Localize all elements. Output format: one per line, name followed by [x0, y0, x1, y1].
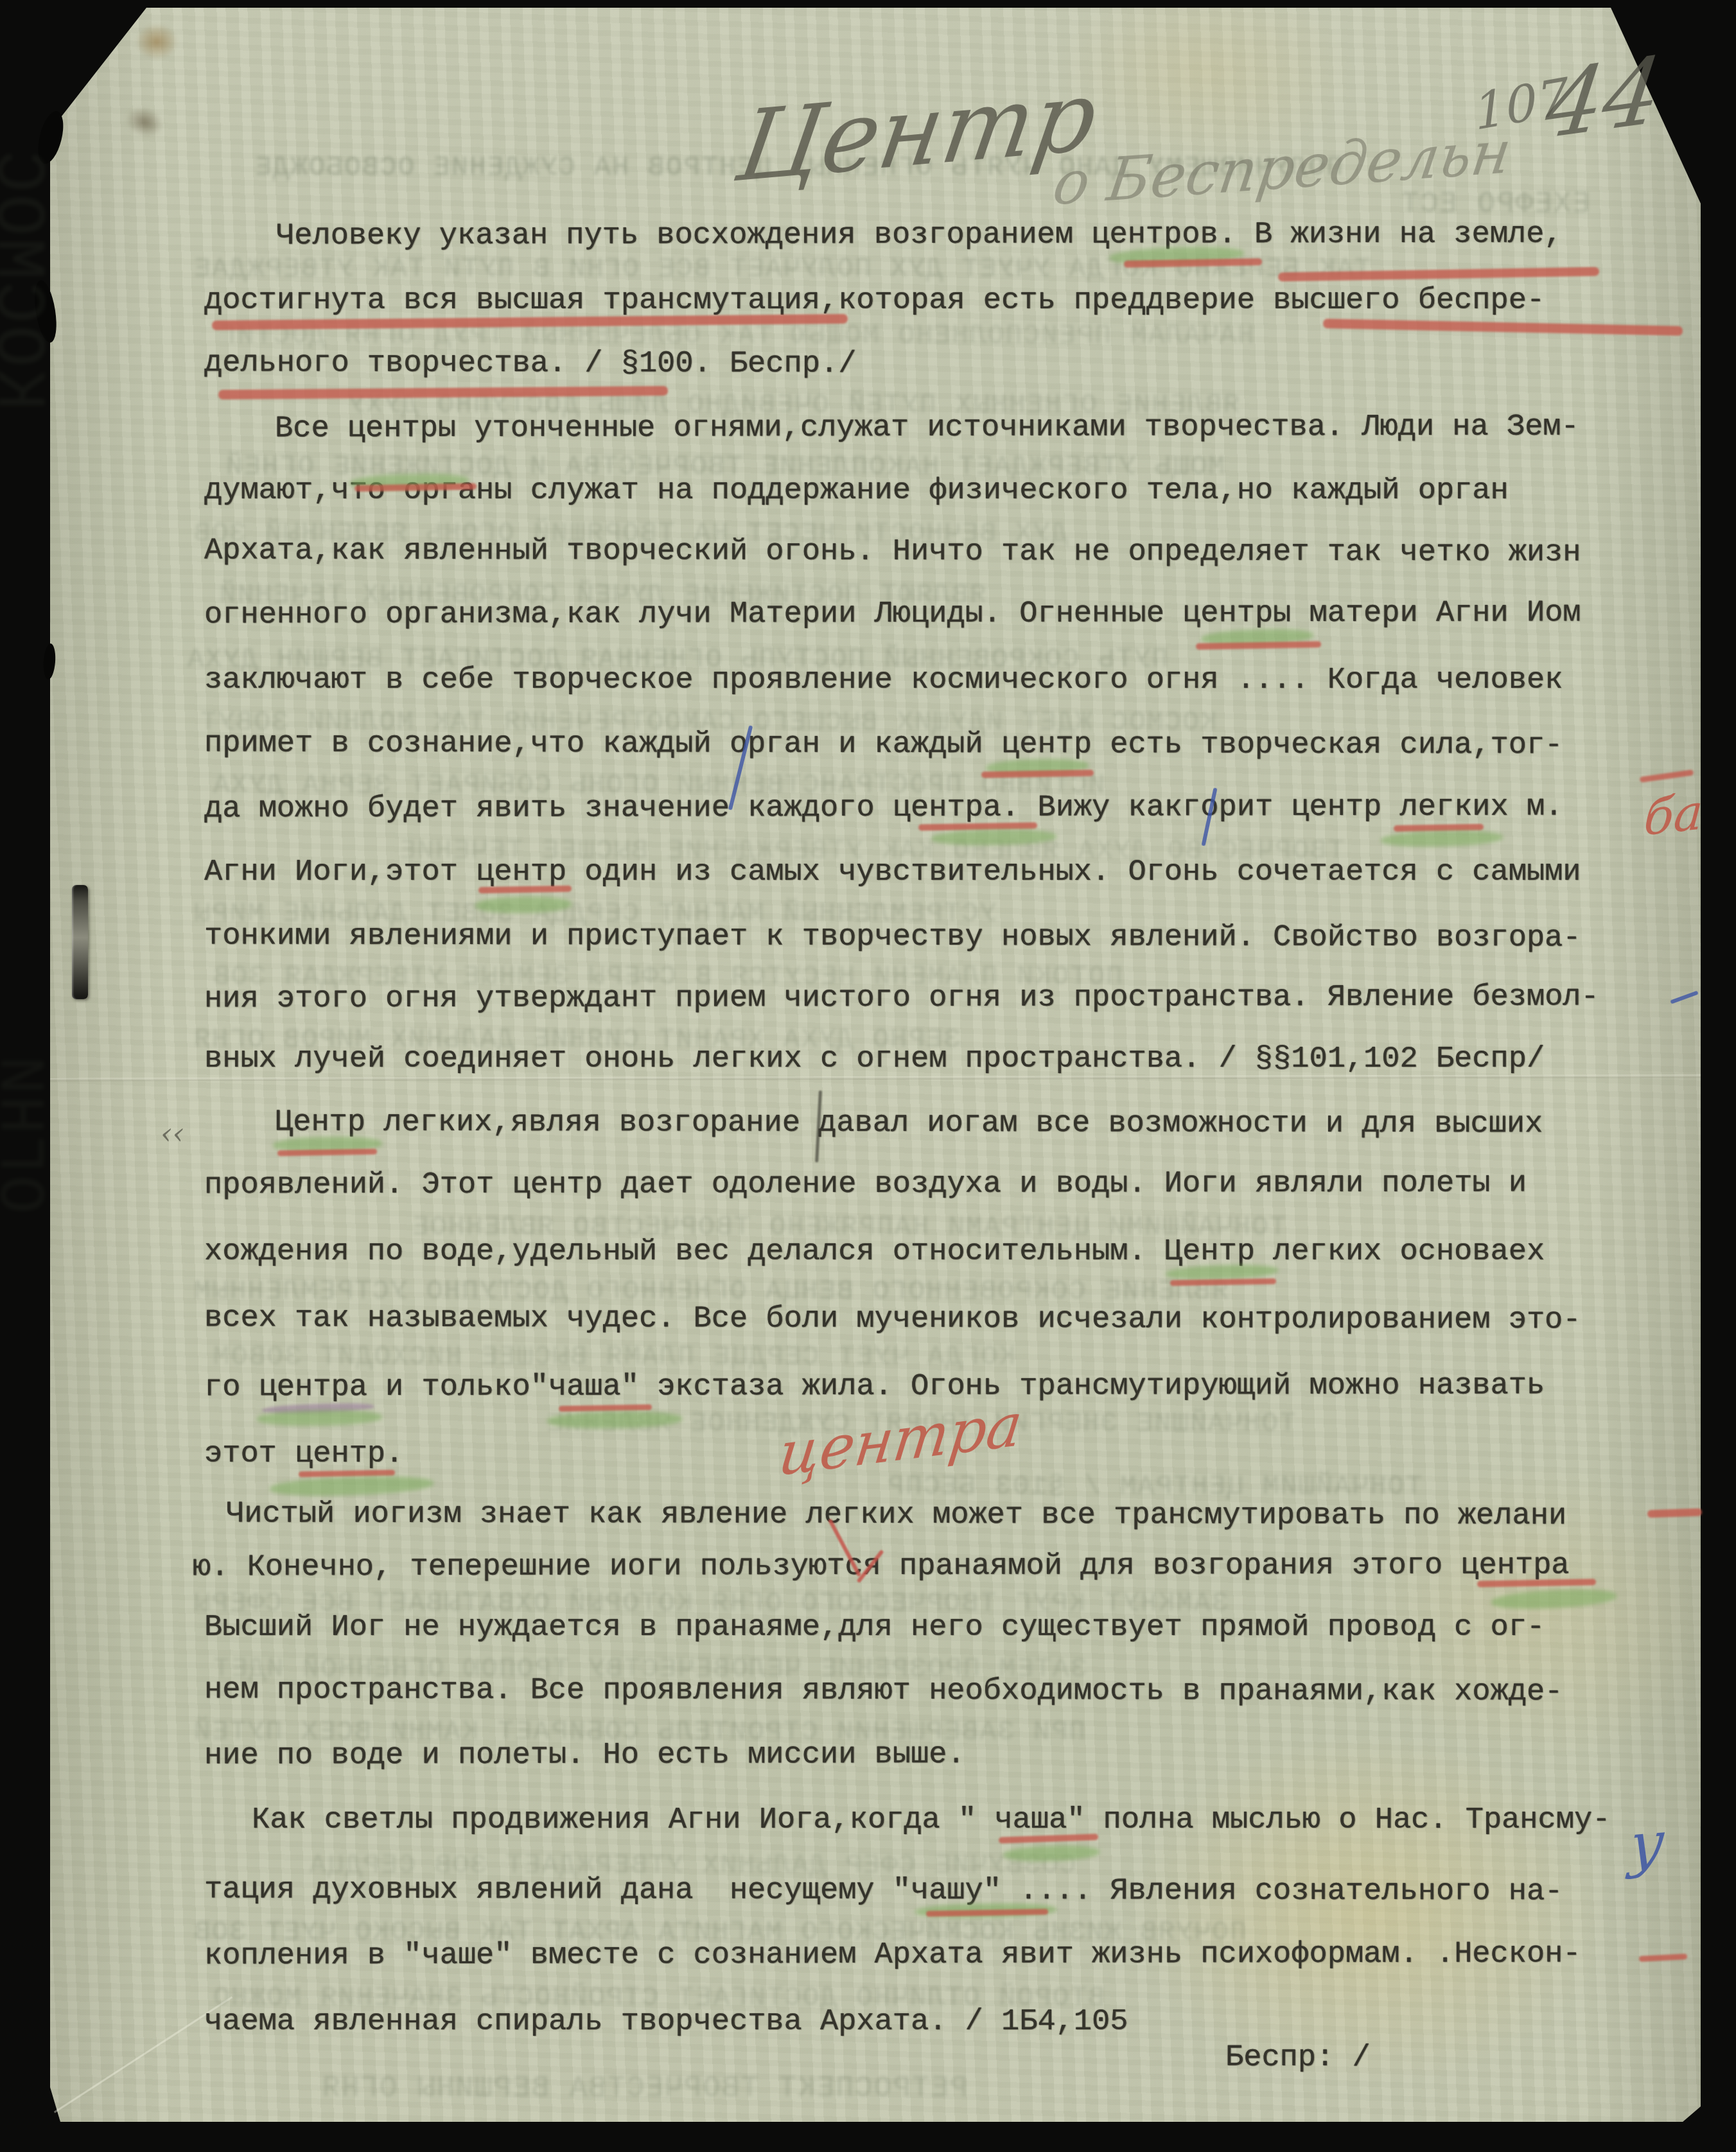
typed-line-29: чаема явленная спираль творчества Архата…: [204, 2005, 1128, 2039]
bleedthrough-text: ТАК БЕРЕЖНО КОГДА УЧУЕТ ДУХ ПОЛУЧАЕТ ВСЕ…: [193, 253, 1371, 284]
typed-line-9: примет в сознание,что каждый орган и каж…: [204, 727, 1563, 763]
typed-line-6: Архата,как явленный творческий огонь. Ни…: [204, 534, 1581, 570]
typed-line-30: Беспр: /: [1225, 2041, 1371, 2075]
handwritten-annotation: у: [1627, 1808, 1667, 1880]
typed-line-12: тонкими явлениями и приступает к творчес…: [204, 920, 1581, 956]
typed-line-20: этот центр.: [204, 1437, 403, 1471]
staple: [72, 885, 88, 999]
typed-line-4: Все центры утонченные огнями,служат исто…: [275, 410, 1579, 446]
typed-line-22: ю. Конечно, теперешние иоги пользуются п…: [193, 1549, 1570, 1585]
typed-line-23: Высший Иог не нуждается в пранаяме,для н…: [204, 1611, 1545, 1645]
typed-line-15: Центр легких,являя возгорание давал иога…: [275, 1106, 1543, 1142]
scan-background: { "meta": { "kind": "scanned typewritten…: [0, 0, 1736, 2152]
bleedthrough-text: КОГДА ЧУЕТ СЕРДЦЕ ПЛАМЯ ВЫСШЕЕ НИСХОДИТ …: [212, 1341, 1015, 1372]
typed-line-26: Как светлы продвижения Агни Иога,когда "…: [252, 1803, 1610, 1837]
typed-line-7: огненного организма,как лучи Материи Люц…: [204, 597, 1581, 633]
typed-line-28: копления в "чаше" вместе с сознанием Арх…: [204, 1938, 1581, 1973]
typed-line-25: ние по воде и полеты. Но есть миссии выш…: [204, 1738, 965, 1773]
typed-line-13: ния этого огня утверждант прием чистого …: [204, 980, 1599, 1016]
typed-line-11: Агни Иоги,этот центр один из самых чувст…: [204, 855, 1581, 889]
bleedthrough-text: ОГНИ: [0, 1054, 54, 1214]
bleedthrough-text: КОСМОС: [0, 149, 57, 411]
bleedthrough-text: РЕТРОСПЕКТ ТВОРЧЕСТВА ВЕРШИНЫ ОГНЯ: [321, 2072, 968, 2105]
typed-line-19: го центра и только"чаша" экстаза жила. О…: [204, 1369, 1545, 1405]
typed-line-18: всех так называемых чудес. Все боли муче…: [204, 1302, 1581, 1338]
typed-line-14: вных лучей соединяет ононь легких с огне…: [204, 1042, 1545, 1076]
typed-line-17: хождения по воде,удельный вес делался от…: [204, 1235, 1545, 1269]
typed-line-10: да можно будет явить значение каждого це…: [204, 791, 1563, 827]
typed-line-2: достигнута вся высшая трансмутация,котор…: [204, 284, 1545, 318]
bleedthrough-text: ЕХЕФРО ЕСТ: [1400, 188, 1590, 221]
typed-line-27: тация духовных явлений дана несущему "ча…: [204, 1873, 1563, 1909]
typed-line-3: дельного творчества. / §100. Беспр./: [204, 346, 856, 381]
typed-line-8: заключают в себе творческое проявление к…: [204, 663, 1563, 697]
handwritten-annotation: 44: [1539, 37, 1668, 161]
handwritten-annotation: ба: [1642, 783, 1705, 847]
typed-line-24: нем пространства. Все проявления являют …: [204, 1674, 1563, 1710]
bleedthrough-text: ТОНЧАЙШИМ ЦЕНТРАМ / §103 БЕСПР: [886, 1471, 1422, 1502]
typed-line-21: Чистый иогизм знает как явление легких м…: [226, 1498, 1566, 1534]
typed-line-16: проявлений. Этот центр дает одоление воз…: [204, 1167, 1527, 1203]
typed-line-5: думают,что органы служат на поддержание …: [204, 474, 1509, 508]
handwritten-annotation: ‹‹: [161, 1116, 184, 1151]
typed-line-1: Человеку указан путь восхождения возгора…: [276, 218, 1563, 254]
